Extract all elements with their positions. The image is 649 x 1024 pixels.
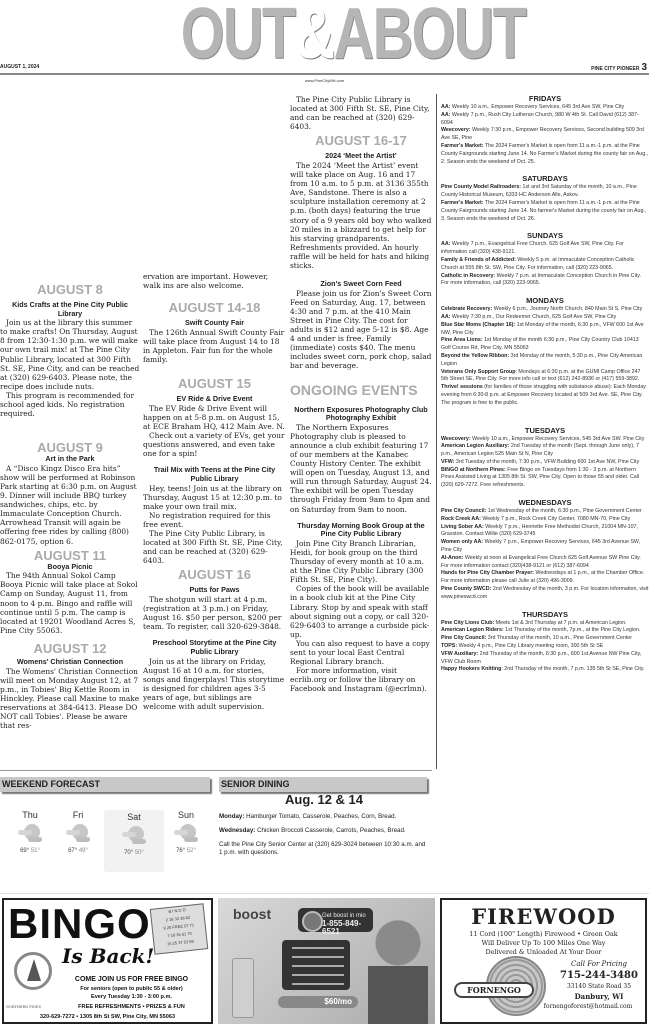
senior-dining-dates: Aug. 12 & 14 [219,792,429,808]
section-divider [0,770,432,771]
event-body: The Pine City Public Library, is located… [143,529,286,565]
fornengo-logo: FORNENGO [454,982,534,998]
forecast-temps: 70° 50° [104,850,164,856]
bingo-card-icon: B I N G O 2 16 32 48 62 9 20 FREE 57 71 … [150,903,209,954]
partly-cloudy-icon [172,824,200,844]
listing-group-saturdays: Pine County Model Railroaders: 1st and 3… [441,184,649,223]
pine-tree-logo-icon [14,952,52,990]
firewood-email: fornengoforest@hotmail.com [533,1003,643,1010]
listing-name: Hands for Pine City Chamber Prayer: [441,570,534,576]
partly-cloudy-icon [16,824,44,844]
listing-details: 1st Thursday of the month, 7p.m., at the… [504,627,641,633]
event-body: The Womens' Christian Connection will me… [0,667,140,731]
listing-name: Blue Star Moms (Chapter 16): [441,322,515,328]
event-body: Hey, teens! Join us at the library on Th… [143,484,286,511]
event-body: Join Pine City Branch Librarian, Heidi, … [290,539,432,584]
boost-mobile-ad[interactable]: boost Get boost in mio1-855-849-6521 $60… [218,898,435,1024]
day-heading-fridays: FRIDAYS [441,94,649,104]
issue-date: AUGUST 1, 2024 [0,64,39,70]
phone-image-icon [232,958,254,1018]
listing-item: AA: Weekly 7 p.m., Evangelical Free Chur… [441,241,649,257]
listing-name: Weecovery: [441,127,471,133]
listing-details: Weekly 10 a.m., Empower Recovery Service… [450,104,624,110]
listing-details: Weekly at noon at Evangelical Free Churc… [441,555,641,569]
listing-name: Pine City Council: [441,508,486,514]
listing-item: Catholic in Recovery: Weekly 7 p.m. at I… [441,273,649,289]
listing-name: Women only AA: [441,539,483,545]
day-heading-sundays: SUNDAYS [441,231,649,241]
listing-item: American Legion Riders: 1st Thursday of … [441,627,649,635]
listing-name: Al-Anon: [441,555,463,561]
day-heading-wednesdays: WEDNESDAYS [441,498,649,508]
forecast-day-label: Fri [48,808,108,822]
listing-group-tuesdays: Weecovery: Weekly 10 a.m., Empower Recov… [441,436,649,491]
listing-name: VFW: [441,459,454,465]
bingo-line: For seniors (open to public 55 & older) [56,986,207,992]
ongoing-events-heading: ONGOING EVENTS [290,383,432,398]
listing-details: Weekly 7:30 p.m., Empower Recovery Servi… [441,127,644,141]
listing-name: Pine County Model Railroaders: [441,184,521,190]
date-heading: AUGUST 12 [0,641,140,656]
menu-monday: Monday: Hamburger Tomato, Casserole, Pea… [219,813,429,821]
listing-details: : 2nd Thursday of the month, 7 p.m. 135 … [501,666,644,672]
listing-item: Rock Creek AA: Weekly 7 p.m., Rock Creek… [441,516,649,524]
event-title: Northern Exposures Photography Club Phot… [290,406,432,423]
listing-details: Weekly 7 p.m., Rock Creek City Center, 7… [481,516,630,522]
column-divider [436,94,437,769]
boost-call-box: Get boost in mio1-855-849-6521 [298,908,373,932]
listing-item: TOPS: Weekly 4 p.m., Pine City Library m… [441,643,649,651]
listing-details: Weekly 6 p.m., Journey North Church, 840… [492,306,642,312]
listing-item: Al-Anon: Weekly at noon at Evangelical F… [441,555,649,571]
listing-item: Thrive! sessions (for families of those … [441,384,649,407]
forecast-day-label: Sat [104,810,164,824]
date-heading: AUGUST 16 [143,567,286,582]
event-body: The 126th Annual Swift County Fair will … [143,328,286,364]
listing-item: Happy Hookers Knitting: 2nd Thursday of … [441,666,649,674]
features-panel [282,940,350,990]
listing-details: Meets 1st & 3rd Thursday at 7 p.m. at Am… [494,620,626,626]
forecast-day: Fri 67° 49° [48,808,108,854]
event-title: Kids Crafts at the Pine City Public Libr… [0,301,140,318]
listing-details: Weekly 7 p.m., Evangelical Free Church, … [441,241,624,255]
bingo-line: Every Tuesday 1:30 - 3:00 p.m. [56,994,207,1000]
weekly-listings: FRIDAYS AA: Weekly 10 a.m., Empower Reco… [441,94,649,674]
listing-item: Pine County SWCD: 2nd Wednesday of the m… [441,586,649,602]
listing-item: Pine City Council: 1st Wednesday of the … [441,508,649,516]
date-heading: AUGUST 15 [143,376,286,391]
firewood-title: FIREWOOD [442,904,645,929]
event-title: Putts for Paws [143,586,286,595]
event-body: Copies of the book will be available in … [290,584,432,639]
firewood-phone: 715-244-3480 [559,970,639,981]
masthead: OUT&ABOUT AUGUST 1, 2024 PINE CITY PIONE… [0,0,649,78]
listing-name: American Legion Riders: [441,627,504,633]
boost-logo: boost [233,906,271,922]
listing-group-fridays: AA: Weekly 10 a.m., Empower Recovery Ser… [441,104,649,166]
listing-name: AA: [441,314,450,320]
forecast-day: Sat 70° 50° [104,810,164,872]
listing-item: Pine City Council: 3rd Thursday of the m… [441,635,649,643]
event-body: The Northern Exposures Photography club … [290,423,432,514]
paper-name: PINE CITY PIONEER3 [591,62,647,73]
forecast-temps: 76° 52° [156,848,216,854]
bingo-line: FREE REFRESHMENTS • PRIZES & FUN [56,1004,207,1010]
firewood-line: Delivered & Unloaded At Your Door [442,948,645,956]
event-body: Check out a variety of EVs, get your que… [143,431,286,458]
event-body: For more information, visit ecrlib.org o… [290,666,432,693]
listing-details: Weekly 4 p.m., Pine City Library meeting… [457,643,603,649]
listing-item: Pine Area Lions: 1st Monday of the month… [441,337,649,353]
listing-name: Family & Friends of Addicted: [441,257,516,263]
call-for-pricing: Call For Pricing [559,960,639,968]
listing-name: Veterans Only Support Group [441,369,515,375]
excited-man-image [368,908,428,1024]
forecast-temps: 67° 49° [48,848,108,854]
listing-item: VFW: 3rd Tuesday of the month, 7:30 p.m.… [441,459,649,467]
listing-name: Pine County SWCD: [441,586,491,592]
bingo-line: COME JOIN US FOR FREE BINGO [56,976,207,983]
partly-cloudy-icon [120,826,148,846]
event-title: Booya Picnic [0,563,140,572]
listing-item: Women only AA: Weekly 7 p.m., Empower Re… [441,539,649,555]
listing-name: Pine Area Lions: [441,337,483,343]
listing-name: Pine City Lions Club: [441,620,494,626]
listing-name: Beyond the Yellow Ribbon: [441,353,509,359]
event-body: ervation are important. However, walk in… [143,272,286,290]
event-body: Join us at the library on Friday, August… [143,657,286,712]
listing-name: Catholic in Recovery: [441,273,495,279]
event-title: Zion's Sweet Corn Feed [290,280,432,289]
firewood-ad[interactable]: FIREWOOD 11 Cord (100" Length) Firewood … [440,898,647,1024]
event-body: Join us at the library this summer to ma… [0,318,140,391]
event-body: You can also request to have a copy sent… [290,639,432,666]
event-title: Womens' Christian Connection [0,658,140,667]
event-title: Art in the Park [0,455,140,464]
event-body: Please join us for Zion's Sweet Corn Fee… [290,289,432,371]
date-heading: AUGUST 11 [0,548,140,563]
listing-name: Happy Hookers Knitting [441,666,501,672]
firewood-address: 33140 State Road 35 [559,983,639,990]
listing-item: AA: Weekly 7 p.m., Rush City Lutheran Ch… [441,112,649,128]
listing-name: AA: [441,241,450,247]
senior-dining: Aug. 12 & 14 Monday: Hamburger Tomato, C… [219,792,429,863]
event-title: 2024 ‘Meet the Artist’ [290,152,432,161]
event-body: This program is recommended for school a… [0,391,140,418]
listing-details: 1st Wednesday of the month, 6:30 p.m., P… [486,508,641,514]
listing-item: Celebrate Recovery: Weekly 6 p.m., Journ… [441,306,649,314]
event-body: The 2024 ‘Meet the Artist’ event will ta… [290,161,432,270]
senior-dining-note: Call the Pine City Senior Center at (320… [219,841,429,857]
listing-name: Thrive! sessions [441,384,483,390]
event-title: Swift County Fair [143,319,286,328]
sponsor-name: NORTHERN PINES [6,1005,41,1009]
forecast-day-label: Sun [156,808,216,822]
listing-details: Weekly 7 p.m., Rush City Lutheran Church… [441,112,639,126]
listing-details: 3rd Tuesday of the month, 7:30 p.m., VFW… [454,459,639,465]
firewood-city: Danbury, WI [559,992,639,1001]
listing-name: Weecovery: [441,436,471,442]
listing-item: Pine City Lions Club: Meets 1st & 3rd Th… [441,620,649,628]
listing-group-mondays: Celebrate Recovery: Weekly 6 p.m., Journ… [441,306,649,407]
listing-name: VFW Auxiliary: [441,651,478,657]
event-body: The Pine City Public Library is located … [290,95,432,131]
listing-details: 3rd Thursday of the month, 10 a.m., Pine… [486,635,632,641]
listing-group-sundays: AA: Weekly 7 p.m., Evangelical Free Chur… [441,241,649,288]
day-heading-saturdays: SATURDAYS [441,174,649,184]
listing-item: Hands for Pine City Chamber Prayer: Wedn… [441,570,649,586]
senior-dining-header: SENIOR DINING [219,777,427,792]
bingo-ad[interactable]: BINGO B I N G O 2 16 32 48 62 9 20 FREE … [2,898,213,1024]
date-heading: AUGUST 8 [0,282,140,297]
ads-divider [0,893,649,894]
forecast-day: Sun 76° 52° [156,808,216,854]
firewood-line: 11 Cord (100" Length) Firewood • Green O… [442,930,645,938]
weekend-forecast-header: WEEKEND FORECAST [0,777,210,792]
listing-item: American Legion Auxiliary: 2nd Tuesday o… [441,443,649,459]
event-body: The shotgun will start at 4 p.m. (regist… [143,595,286,631]
listing-group-wednesdays: Pine City Council: 1st Wednesday of the … [441,508,649,602]
listing-details: Weekly 7:30 p.m., Our Redeemer Church, 6… [450,314,616,320]
partly-cloudy-icon [64,824,92,844]
listing-name: Celebrate Recovery: [441,306,492,312]
listing-item: Farmer's Market: The 2024 Farmer's Marke… [441,143,649,166]
listing-name: AA: [441,112,450,118]
listing-item: Beyond the Yellow Ribbon: 3rd Monday of … [441,353,649,369]
listing-item: Weecovery: Weekly 7:30 p.m., Empower Rec… [441,127,649,143]
page-number: 3 [641,62,647,73]
day-heading-thursdays: THURSDAYS [441,610,649,620]
listing-item: Weecovery: Weekly 10 a.m., Empower Recov… [441,436,649,444]
masthead-rule [0,73,649,75]
listing-name: American Legion Auxiliary: [441,443,509,449]
day-heading-tuesdays: TUESDAYS [441,426,649,436]
bingo-script: Is Back! [62,944,154,968]
event-title: Preschool Storytime at the Pine City Pub… [143,639,286,656]
event-title: Trail Mix with Teens at the Pine City Pu… [143,466,286,483]
event-title: Thursday Morning Book Group at the Pine … [290,522,432,539]
event-body: The EV Ride & Drive Event will happen on… [143,404,286,431]
listing-name: Farmer's Market: [441,143,483,149]
date-heading: AUGUST 16-17 [290,133,432,148]
day-heading-mondays: MONDAYS [441,296,649,306]
date-heading: AUGUST 14-18 [143,300,286,315]
column-3: The Pine City Public Library is located … [290,95,432,693]
event-body: The 94th Annual Sokol Camp Booya Picnic … [0,571,140,635]
listing-item: Living Sober AA: Weekly 7 p.m., Henriett… [441,524,649,540]
listing-name: Farmer's Market: [441,200,483,206]
firewood-line: Will Deliver Up To 100 Miles One Way [442,939,645,947]
menu-wednesday: Wednesday: Chicken Broccoli Casserole, C… [219,827,429,835]
website-link[interactable]: www.PineCityMN.com [0,78,649,83]
out-and-about-logo: OUT&ABOUT [181,0,470,72]
listing-name: TOPS: [441,643,457,649]
listing-name: BINGO at Northern Pines: [441,467,506,473]
listing-item: Pine County Model Railroaders: 1st and 3… [441,184,649,200]
listing-item: Veterans Only Support Group: Mondays at … [441,369,649,385]
listing-group-thursdays: Pine City Lions Club: Meets 1st & 3rd Th… [441,620,649,675]
listing-item: BINGO at Northern Pines: Free Bingo on T… [441,467,649,490]
listing-item: AA: Weekly 10 a.m., Empower Recovery Ser… [441,104,649,112]
listing-name: Living Sober AA: [441,524,484,530]
listing-details: Weekly 10 a.m., Empower Recovery Service… [471,436,645,442]
listing-item: Blue Star Moms (Chapter 16): 1st Monday … [441,322,649,338]
listing-name: Rock Creek AA: [441,516,481,522]
date-heading: AUGUST 9 [0,440,140,455]
bingo-title: BINGO [8,902,151,946]
column-1: AUGUST 8 Kids Crafts at the Pine City Pu… [0,282,140,730]
listing-item: Farmer's Market: The 2024 Farmer's Marke… [441,200,649,223]
column-2: ervation are important. However, walk in… [143,272,286,711]
boost-price: $60/mo [278,996,358,1008]
event-body: No registration required for this free e… [143,511,286,529]
listing-name: AA: [441,104,450,110]
event-body: A “Disco Kingz Disco Era hits” show will… [0,464,140,546]
listing-item: AA: Weekly 7:30 p.m., Our Redeemer Churc… [441,314,649,322]
listing-item: VFW Auxiliary: 2nd Thursday of the month… [441,651,649,667]
listing-name: Pine City Council: [441,635,486,641]
listing-item: Family & Friends of Addicted: Weekly 5 p… [441,257,649,273]
event-title: EV Ride & Drive Event [143,395,286,404]
bingo-contact: 320-629-7272 • 1305 8th St SW, Pine City… [6,1014,209,1020]
